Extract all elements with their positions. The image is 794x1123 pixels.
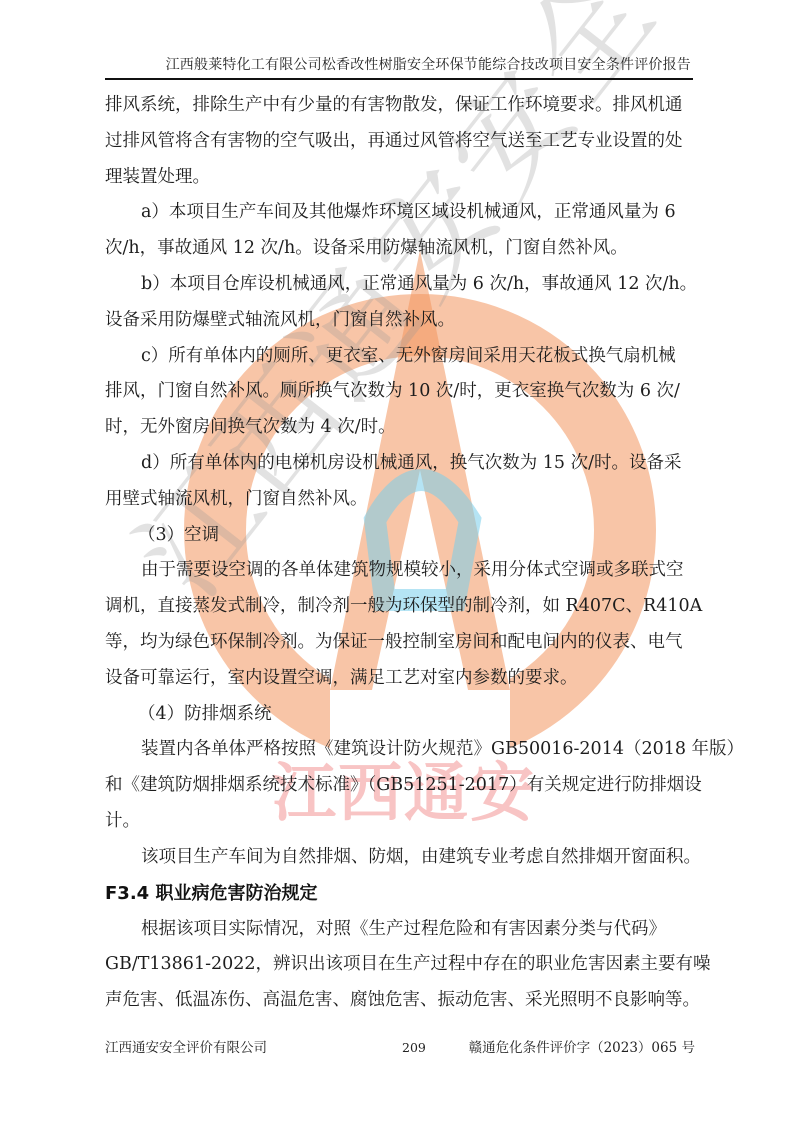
paragraph-line: 该项目生产车间为自然排烟、防烟，由建筑专业考虑自然排烟开窗面积。 — [105, 840, 725, 876]
list-item-d: d）所有单体内的电梯机房设机械通风，换气次数为 15 次/时。设备采 — [105, 446, 725, 482]
page-footer: 江西通安安全评价有限公司 209 赣通危化条件评价字（2023）065 号 — [105, 1038, 695, 1058]
paragraph-line: 设备采用防爆壁式轴流风机，门窗自然补风。 — [105, 303, 725, 339]
page-number: 209 — [402, 1038, 426, 1058]
list-item-b: b）本项目仓库设机械通风，正常通风量为 6 次/h，事故通风 12 次/h。 — [105, 267, 725, 303]
subsection-heading-air-conditioning: （3）空调 — [105, 518, 725, 554]
document-page: 江西通安安全评价有限公司 江西通安 江西般莱特化工有限公司松香改性树脂安全环保节… — [0, 0, 794, 1123]
paragraph-line: 用壁式轴流风机，门窗自然补风。 — [105, 482, 725, 518]
paragraph-line: 过排风管将含有害物的空气吸出，再通过风管将空气送至工艺专业设置的处 — [105, 124, 725, 160]
paragraph-line: 计。 — [105, 804, 725, 840]
paragraph-line: 由于需要设空调的各单体建筑物规模较小，采用分体式空调或多联式空 — [105, 553, 725, 589]
paragraph-line: 设备可靠运行，室内设置空调，满足工艺对室内参数的要求。 — [105, 661, 725, 697]
paragraph-line: 理装置处理。 — [105, 160, 725, 196]
header-divider — [105, 78, 693, 80]
report-title: 江西般莱特化工有限公司松香改性树脂安全环保节能综合技改项目安全条件评价报告 — [105, 56, 693, 74]
paragraph-line: 根据该项目实际情况，对照《生产过程危险和有害因素分类与代码》 — [105, 912, 725, 948]
page-header: 江西般莱特化工有限公司松香改性树脂安全环保节能综合技改项目安全条件评价报告 — [105, 56, 693, 80]
paragraph-line: 调机，直接蒸发式制冷，制冷剂一般为环保型的制冷剂，如 R407C、R410A — [105, 589, 725, 625]
subsection-heading-smoke-control: （4）防排烟系统 — [105, 697, 725, 733]
paragraph-line: GB/T13861-2022，辨识出该项目在生产过程中存在的职业危害因素主要有噪 — [105, 947, 725, 983]
footer-company: 江西通安安全评价有限公司 — [105, 1038, 267, 1058]
paragraph-line: 装置内各单体严格按照《建筑设计防火规范》GB50016-2014（2018 年版… — [105, 732, 725, 768]
list-item-c: c）所有单体内的厕所、更衣室、无外窗房间采用天花板式换气扇机械 — [105, 339, 725, 375]
paragraph-line: 排风，门窗自然补风。厕所换气次数为 10 次/时，更衣室换气次数为 6 次/ — [105, 374, 725, 410]
document-number: 赣通危化条件评价字（2023）065 号 — [469, 1038, 695, 1058]
paragraph-line: 时，无外窗房间换气次数为 4 次/时。 — [105, 410, 725, 446]
paragraph-line: 排风系统，排除生产中有少量的有害物散发，保证工作环境要求。排风机通 — [105, 88, 725, 124]
paragraph-line: 声危害、低温冻伤、高温危害、腐蚀危害、振动危害、采光照明不良影响等。 — [105, 983, 725, 1019]
paragraph-line: 和《建筑防烟排烟系统技术标准》（GB51251-2017）有关规定进行防排烟设 — [105, 768, 725, 804]
paragraph-line: 等，均为绿色环保制冷剂。为保证一般控制室房间和配电间内的仪表、电气 — [105, 625, 725, 661]
list-item-a: a）本项目生产车间及其他爆炸环境区域设机械通风，正常通风量为 6 — [105, 195, 725, 231]
page-body: 排风系统，排除生产中有少量的有害物散发，保证工作环境要求。排风机通 过排风管将含… — [105, 88, 725, 1019]
section-heading-occupational-hazards: F3.4 职业病危害防治规定 — [105, 876, 725, 912]
paragraph-line: 次/h，事故通风 12 次/h。设备采用防爆轴流风机，门窗自然补风。 — [105, 231, 725, 267]
